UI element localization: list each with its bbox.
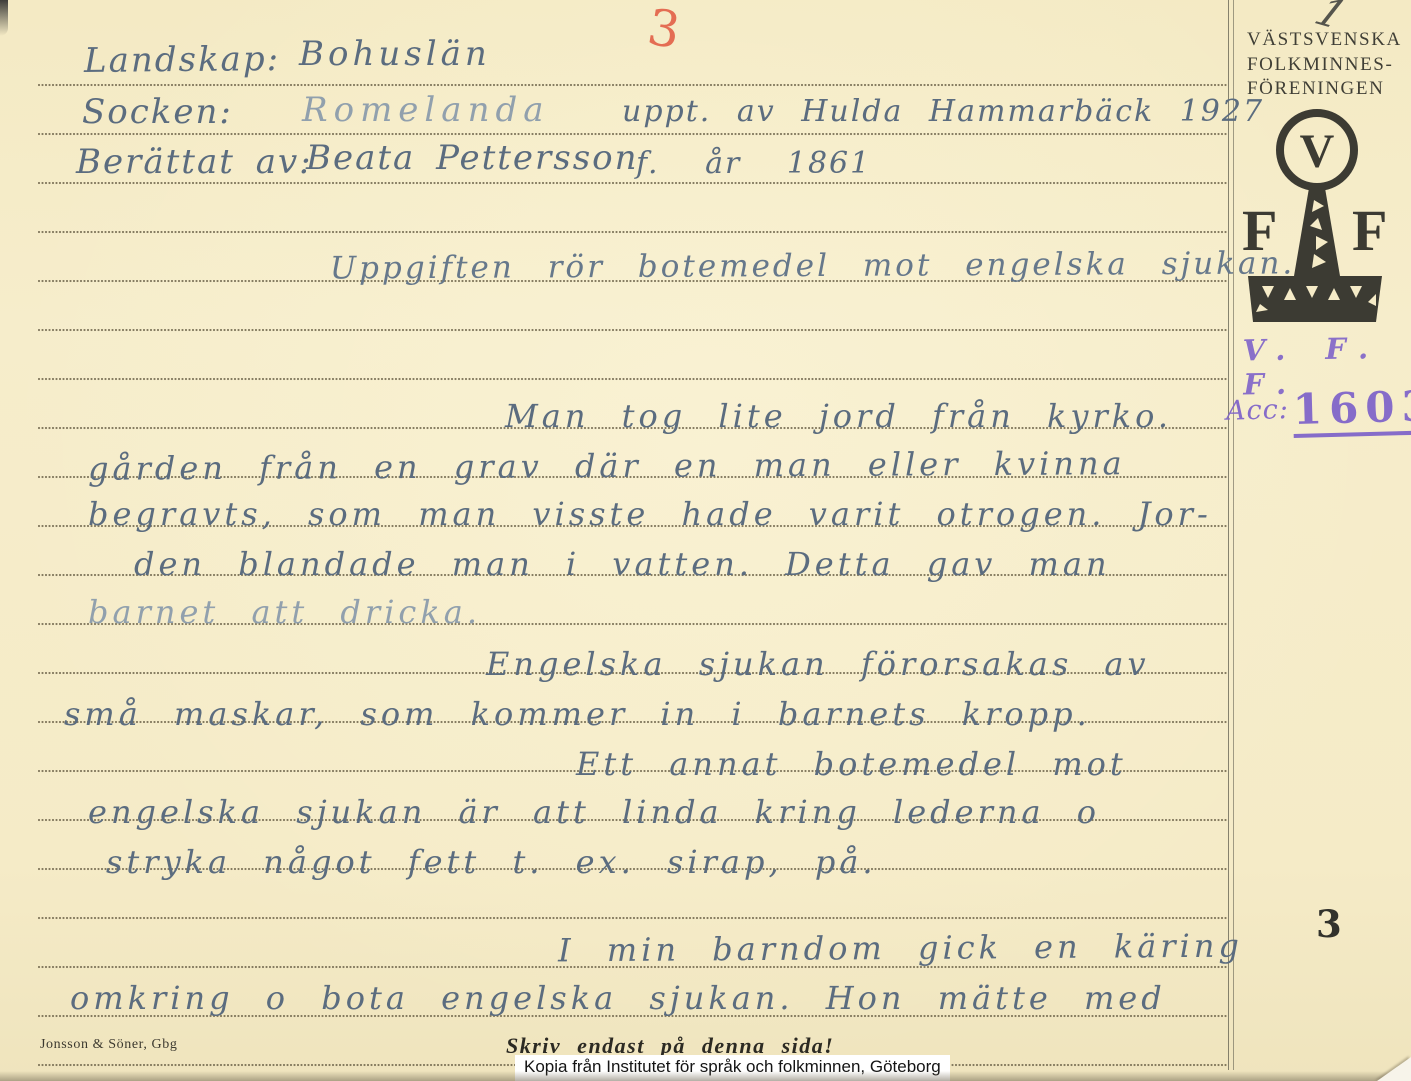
handwritten-line: barnet att dricka. — [88, 590, 481, 634]
field-value-socken: Romelanda — [302, 88, 550, 132]
organization-line: FÖRENINGEN — [1247, 77, 1402, 102]
field-value-landskap: Bohuslän — [299, 32, 491, 76]
handwritten-line: stryka något fett t. ex. sirap, på. — [106, 840, 877, 884]
handwritten-line: Man tog lite jord från kyrko. — [505, 394, 1172, 438]
page-corner-curl — [1377, 1057, 1411, 1081]
handwritten-line: små maskar, som kommer in i barnets krop… — [64, 692, 1091, 736]
handwritten-line: den blandade man i vatten. Detta gav man — [134, 542, 1111, 586]
sidebar-divider-rule — [1228, 0, 1234, 1070]
page-number-stamp: 3 — [1316, 902, 1342, 946]
handwritten-line: I min barndom gick en käring — [558, 924, 1243, 973]
handwritten-line: omkring o bota engelska sjukan. Hon mätt… — [70, 976, 1166, 1020]
field-label-socken: Socken: — [82, 90, 233, 134]
handwritten-line: gården från en grav där en man eller kvi… — [88, 441, 1126, 490]
handwritten-line: Engelska sjukan förorsakas av — [486, 642, 1150, 686]
recorded-by-note: uppt. av Hulda Hammarbäck 1927 — [622, 90, 1264, 134]
born-year-note: f. år 1861 — [636, 142, 871, 186]
handwritten-line: engelska sjukan är att linda kring leder… — [88, 790, 1100, 834]
scan-edge-artifact — [0, 0, 8, 36]
logo-letter-f-left: F — [1242, 198, 1277, 263]
organization-name: VÄSTSVENSKA FOLKMINNES- FÖRENINGEN — [1247, 28, 1402, 102]
accession-label: Acc: — [1226, 394, 1290, 427]
field-label-berattat-av: Berättat av: — [76, 140, 313, 184]
red-sheet-number: 3 — [644, 2, 683, 56]
record-title: Uppgiften rör botemedel mot engelska sju… — [330, 241, 1295, 290]
field-label-landskap: Landskap: — [84, 37, 281, 83]
vff-thor-hammer-logo-icon: V F F — [1240, 104, 1390, 326]
scanned-document-page: 3 Landskap: Bohuslän Socken: Romelanda u… — [0, 0, 1411, 1081]
handwritten-line: Ett annat botemedel mot — [576, 742, 1127, 786]
logo-letter-v: V — [1300, 125, 1335, 178]
accession-stamp: Acc:1603 — [1225, 381, 1411, 436]
handwritten-line: begravts, som man visste hade varit otro… — [88, 492, 1212, 536]
field-value-berattat-av: Beata Pettersson — [306, 136, 639, 180]
printer-imprint: Jonsson & Söner, Gbg — [40, 1037, 177, 1053]
organization-line: FOLKMINNES- — [1247, 53, 1402, 78]
logo-letter-f-right: F — [1352, 198, 1387, 263]
accession-number: 1603 — [1292, 381, 1411, 438]
scan-bottom-shadow — [0, 1071, 1411, 1081]
organization-line: VÄSTSVENSKA — [1247, 28, 1402, 53]
